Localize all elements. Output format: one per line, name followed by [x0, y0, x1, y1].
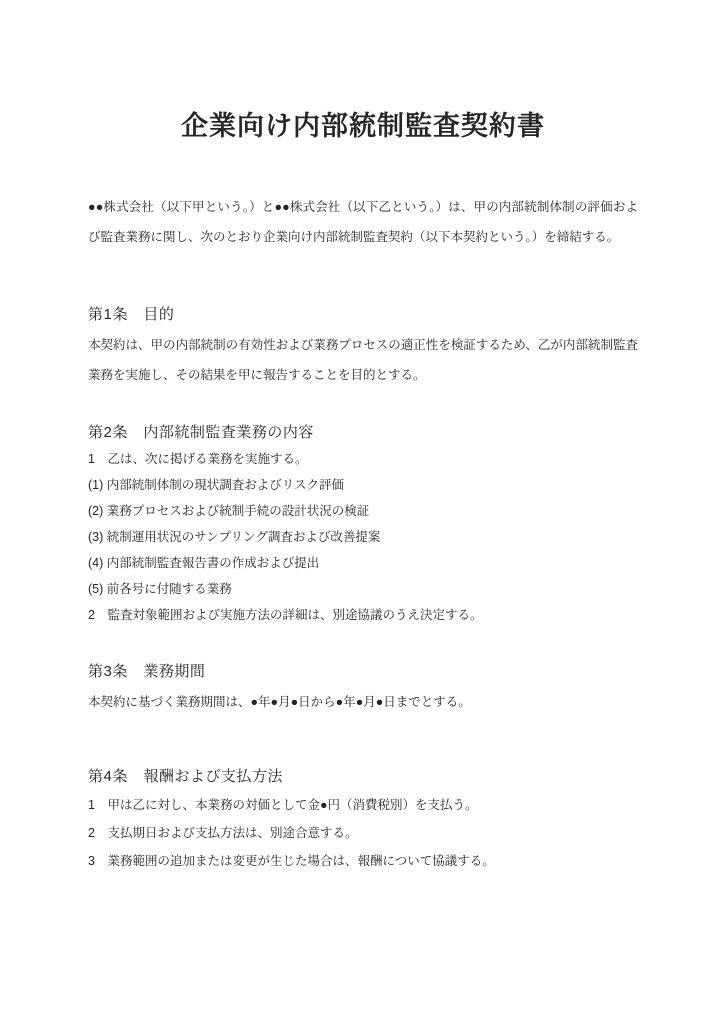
article-2-item-3: (3) 統制運用状況のサンプリング調査および改善提案 [88, 524, 638, 550]
article-4-clause-3: 3 業務範囲の追加または変更が生じた場合は、報酬について協議する。 [88, 847, 638, 875]
article-2-clause-1: 1 乙は、次に掲げる業務を実施する。 [88, 446, 638, 472]
article-1-heading: 第1条 目的 [88, 300, 638, 330]
contract-document: 企業向け内部統制監査契約書 ●●株式会社（以下甲という。）と●●株式会社（以下乙… [88, 0, 638, 875]
article-4-heading: 第4条 報酬および支払方法 [88, 763, 638, 791]
article-2-clause-2: 2 監査対象範囲および実施方法の詳細は、別途協議のうえ決定する。 [88, 602, 638, 628]
article-3-heading: 第3条 業務期間 [88, 657, 638, 687]
section-article-2: 第2条 内部統制監査業務の内容 1 乙は、次に掲げる業務を実施する。 (1) 内… [88, 420, 638, 628]
article-2-item-4: (4) 内部統制監査報告書の作成および提出 [88, 550, 638, 576]
document-page: 企業向け内部統制監査契約書 ●●株式会社（以下甲という。）と●●株式会社（以下乙… [0, 0, 724, 1024]
section-article-3: 第3条 業務期間 本契約に基づく業務期間は、●年●月●日から●年●月●日までとす… [88, 657, 638, 717]
article-2-item-1: (1) 内部統制体制の現状調査およびリスク評価 [88, 472, 638, 498]
article-2-item-2: (2) 業務プロセスおよび統制手続の設計状況の検証 [88, 498, 638, 524]
article-2-heading: 第2条 内部統制監査業務の内容 [88, 420, 638, 446]
article-4-clause-2: 2 支払期日および支払方法は、別途合意する。 [88, 819, 638, 847]
article-2-item-5: (5) 前各号に付随する業務 [88, 576, 638, 602]
article-3-paragraph: 本契約に基づく業務期間は、●年●月●日から●年●月●日までとする。 [88, 687, 638, 717]
article-1-paragraph: 本契約は、甲の内部統制の有効性および業務プロセスの適正性を検証するため、乙が内部… [88, 330, 638, 390]
section-article-1: 第1条 目的 本契約は、甲の内部統制の有効性および業務プロセスの適正性を検証する… [88, 300, 638, 390]
article-4-clause-1: 1 甲は乙に対し、本業務の対価として金●円（消費税別）を支払う。 [88, 791, 638, 819]
section-article-4: 第4条 報酬および支払方法 1 甲は乙に対し、本業務の対価として金●円（消費税別… [88, 763, 638, 875]
intro-paragraph: ●●株式会社（以下甲という。）と●●株式会社（以下乙という。）は、甲の内部統制体… [88, 192, 638, 252]
document-title: 企業向け内部統制監査契約書 [88, 0, 638, 146]
